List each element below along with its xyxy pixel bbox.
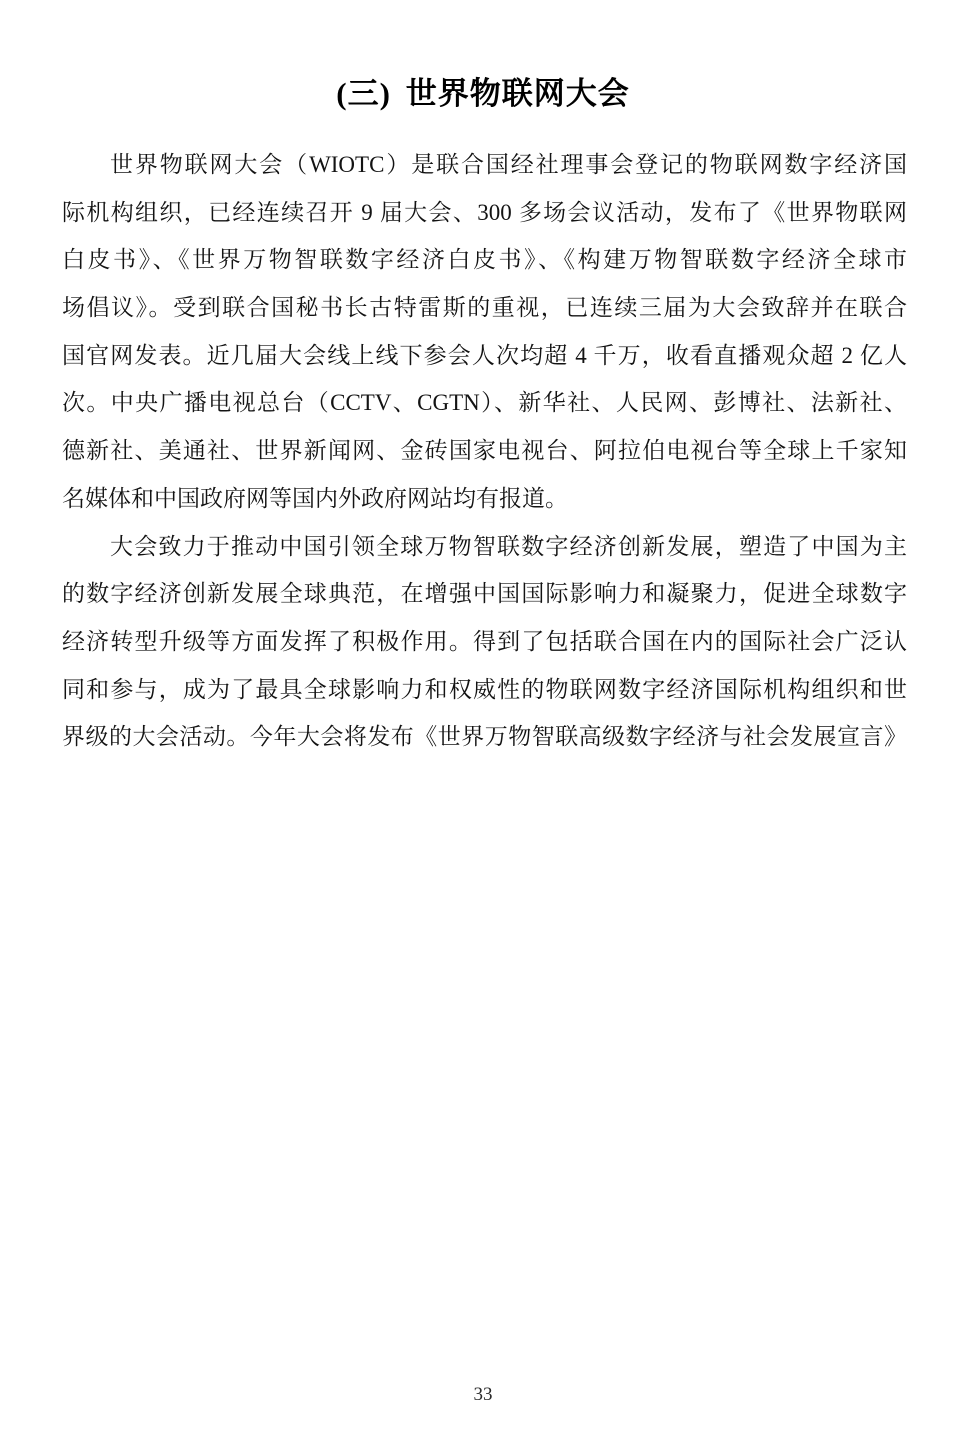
page-number: 33 — [0, 1383, 966, 1407]
text-line: 经济转型升级等方面发挥了积极作用。得到了包括联合国在内的国际社会广泛认 — [62, 618, 907, 666]
text-line: 德新社、美通社、世界新闻网、金砖国家电视台、阿拉伯电视台等全球上千家知 — [62, 427, 907, 475]
text-line: 白皮书》、《世界万物智联数字经济白皮书》、《构建万物智联数字经济全球市 — [62, 236, 907, 284]
document-page: (三) 世界物联网大会 世界物联网大会（WIOTC）是联合国经社理事会登记的物联… — [0, 0, 966, 1438]
document-body: 世界物联网大会（WIOTC）是联合国经社理事会登记的物联网数字经济国 际机构组织… — [62, 141, 907, 761]
text-line: 名媒体和中国政府网等国内外政府网站均有报道。 — [62, 475, 907, 523]
text-line: 的数字经济创新发展全球典范，在增强中国国际影响力和凝聚力，促进全球数字 — [62, 570, 907, 618]
paragraph-1: 世界物联网大会（WIOTC）是联合国经社理事会登记的物联网数字经济国 际机构组织… — [62, 141, 907, 523]
text-line: 次。中央广播电视总台（CCTV、CGTN）、新华社、人民网、彭博社、法新社、 — [62, 379, 907, 427]
section-heading: (三) 世界物联网大会 — [0, 74, 966, 114]
paragraph-2: 大会致力于推动中国引领全球万物智联数字经济创新发展，塑造了中国为主 的数字经济创… — [62, 523, 907, 761]
text-line: 大会致力于推动中国引领全球万物智联数字经济创新发展，塑造了中国为主 — [62, 523, 907, 571]
text-line: 际机构组织，已经连续召开 9 届大会、300 多场会议活动，发布了《世界物联网 — [62, 189, 907, 237]
text-line: 世界物联网大会（WIOTC）是联合国经社理事会登记的物联网数字经济国 — [62, 141, 907, 189]
text-line: 国官网发表。近几届大会线上线下参会人次均超 4 千万，收看直播观众超 2 亿人 — [62, 332, 907, 380]
text-line: 界级的大会活动。今年大会将发布《世界万物智联高级数字经济与社会发展宣言》 — [62, 713, 907, 761]
text-line: 同和参与，成为了最具全球影响力和权威性的物联网数字经济国际机构组织和世 — [62, 666, 907, 714]
text-line: 场倡议》。受到联合国秘书长古特雷斯的重视，已连续三届为大会致辞并在联合 — [62, 284, 907, 332]
